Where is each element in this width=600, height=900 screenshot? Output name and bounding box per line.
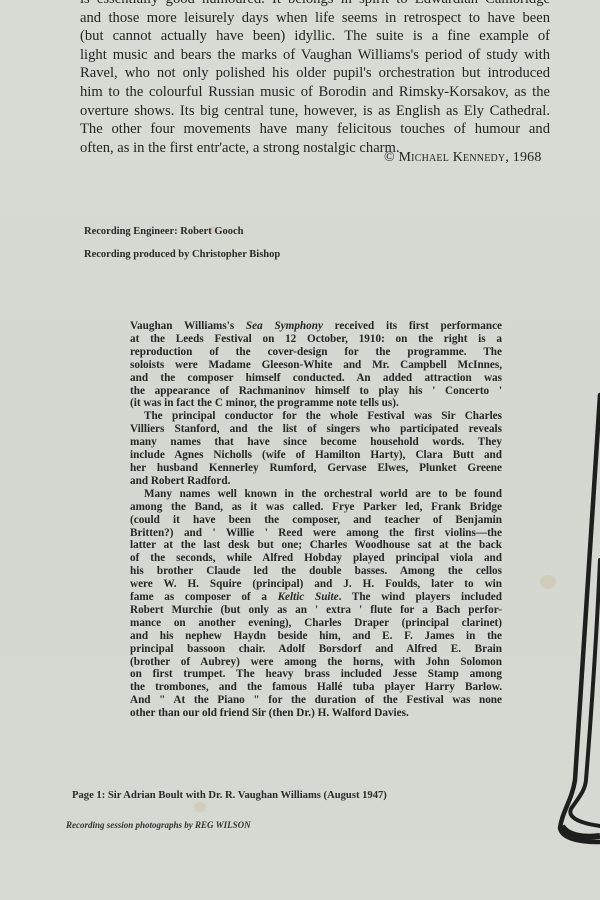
notes-line: Robert Murchie (but only as an ' extra '… xyxy=(130,604,502,617)
notes-line: latter at the last desk but one; Charles… xyxy=(130,539,502,552)
paper-stain xyxy=(540,575,556,589)
essay-text: is essentially good humoured. It belongs… xyxy=(80,0,550,157)
notes-line: were W. H. Squire (principal) and J. H. … xyxy=(130,578,502,591)
notes-line: the appearance of Rachmaninov himself to… xyxy=(130,385,502,398)
essay-line: and those more leisurely days when life … xyxy=(80,9,550,28)
essay-line: is essentially good humoured. It belongs… xyxy=(80,0,550,9)
essay-line: light music and bears the marks of Vaugh… xyxy=(80,46,550,65)
notes-line: Many names well known in the orchestral … xyxy=(130,488,502,501)
notes-line: and the composer himself conducted. An a… xyxy=(130,372,502,385)
notes-line: other than our old friend Sir (then Dr.)… xyxy=(130,707,502,720)
notes-line: and Robert Radford. xyxy=(130,475,502,488)
recording-producer: Recording produced by Christopher Bishop xyxy=(84,243,280,266)
notes-line: reproduction of the cover-design for the… xyxy=(130,346,502,359)
essay-line: overture shows. Its big central tune, ho… xyxy=(80,102,550,121)
notes-line: many names that have since become househ… xyxy=(130,436,502,449)
notes-line: mance on another evening), Charles Drape… xyxy=(130,617,502,630)
essay-line: The other four movements have many felic… xyxy=(80,120,550,139)
liner-notes-page: is essentially good humoured. It belongs… xyxy=(0,0,600,900)
notes-line: Britten?) and ' Willie ' Reed were among… xyxy=(130,527,502,540)
notes-line: Vaughan Williams's Sea Symphony received… xyxy=(130,320,502,333)
notes-line: her husband Kennerley Rumford, Gervase E… xyxy=(130,462,502,475)
paper-stain xyxy=(194,802,206,812)
notes-line: among the Band, as it was called. Frye P… xyxy=(130,501,502,514)
notes-line: (it was in fact the C minor, the program… xyxy=(130,397,502,410)
notes-line: soloists were Madame Gleeson-White and M… xyxy=(130,359,502,372)
work-title: Sea Symphony xyxy=(246,320,323,332)
recording-credits: Recording Engineer: Robert Gooch Recordi… xyxy=(84,220,280,266)
notes-line: of the seconds, while Alfred Hobday play… xyxy=(130,552,502,565)
notes-line: Villiers Stanford, and the list of singe… xyxy=(130,423,502,436)
notes-line: The principal conductor for the whole Fe… xyxy=(130,410,502,423)
photo-caption: Page 1: Sir Adrian Boult with Dr. R. Vau… xyxy=(72,790,387,801)
essay-line: him to the colourful Russian music of Bo… xyxy=(80,83,550,102)
notes-line: And " At the Piano " for the duration of… xyxy=(130,694,502,707)
notes-line: the trombones, and the famous Hallé tuba… xyxy=(130,681,502,694)
notes-line: at the Leeds Festival on 12 October, 191… xyxy=(130,333,502,346)
notes-line: principal bassoon chair. Adolf Borsdorf … xyxy=(130,643,502,656)
notes-line: (could it have been the composer, and te… xyxy=(130,514,502,527)
photo-credit: Recording session photographs by REG WIL… xyxy=(66,820,251,830)
author-signature: © Michael Kennedy, 1968 xyxy=(384,150,542,166)
notes-line: include Agnes Nicholls (wife of Hamilton… xyxy=(130,449,502,462)
notes-line: his brother Claude led the double basses… xyxy=(130,565,502,578)
premiere-notes: Vaughan Williams's Sea Symphony received… xyxy=(130,320,502,720)
notes-line: on first trumpet. The heavy brass includ… xyxy=(130,668,502,681)
work-title: Keltic Suite xyxy=(278,591,339,603)
notes-line: and his nephew Haydn beside him, and E. … xyxy=(130,630,502,643)
essay-line: Ravel, who not only polished his older p… xyxy=(80,64,550,83)
notes-line: fame as composer of a Keltic Suite. The … xyxy=(130,591,502,604)
recording-engineer: Recording Engineer: Robert Gooch xyxy=(84,220,280,243)
notes-line: (brother of Aubrey) were among the horns… xyxy=(130,656,502,669)
essay-line: (but cannot actually have been) idyllic.… xyxy=(80,27,550,46)
